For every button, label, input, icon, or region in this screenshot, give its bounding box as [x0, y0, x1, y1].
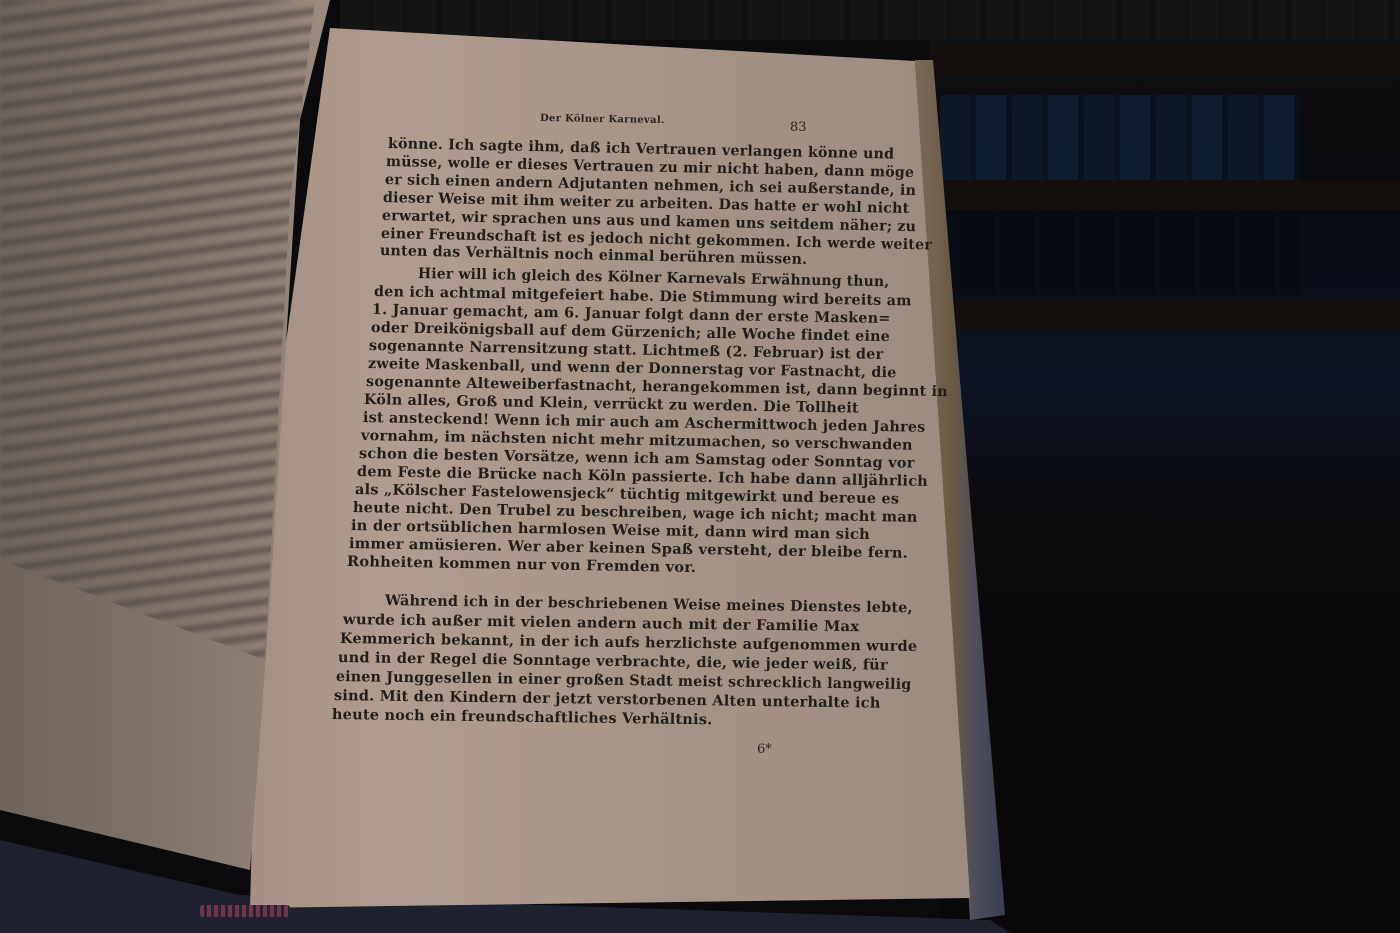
signature-mark: 6* — [757, 742, 772, 757]
text-line: heute noch ein freundschaftliches Verhäl… — [332, 706, 713, 728]
page-number: 83 — [790, 120, 807, 135]
right-page-text: Der Kölner Karneval. 83 könne. Ich sagte… — [0, 0, 1400, 933]
running-head: Der Kölner Karneval. — [540, 113, 665, 126]
